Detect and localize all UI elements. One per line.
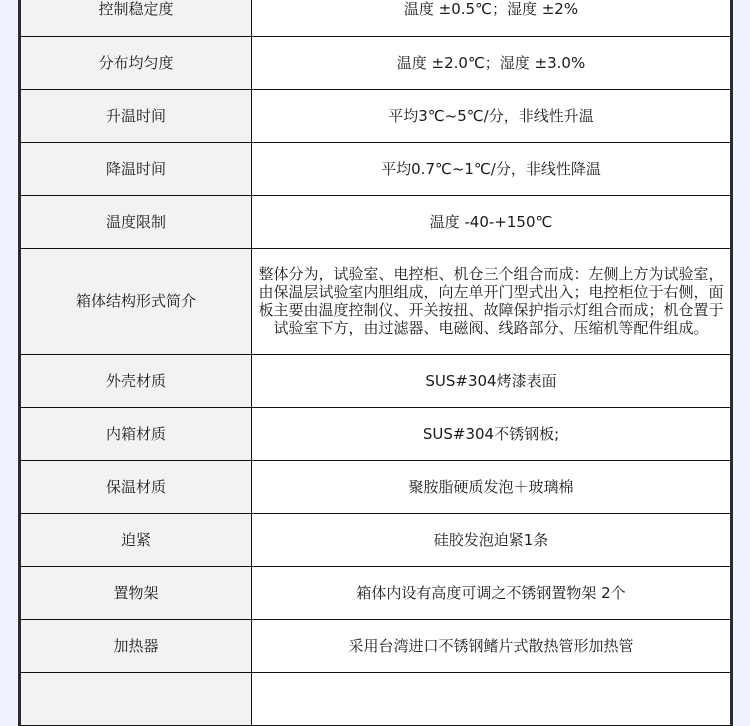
row-label: 置物架 xyxy=(21,566,252,619)
table-row: 迫紧 硅胶发泡迫紧1条 xyxy=(21,513,730,566)
table-row: 升温时间 平均3℃~5℃/分，非线性升温 xyxy=(21,89,730,142)
row-value: 采用台湾进口不锈钢鳍片式散热管形加热管 xyxy=(252,619,731,672)
table-row: 保温材质 聚胺脂硬质发泡＋玻璃棉 xyxy=(21,460,730,513)
row-value: SUS#304烤漆表面 xyxy=(252,354,731,407)
row-value: 温度 ±2.0℃；湿度 ±3.0% xyxy=(252,36,731,89)
row-value: 温度 ±0.5℃；湿度 ±2% xyxy=(252,0,731,36)
row-label: 温度限制 xyxy=(21,195,252,248)
row-value: 平均3℃~5℃/分，非线性升温 xyxy=(252,89,731,142)
table-row: 外壳材质 SUS#304烤漆表面 xyxy=(21,354,730,407)
table-row: 置物架 箱体内设有高度可调之不锈钢置物架 2个 xyxy=(21,566,730,619)
table-row: 降温时间 平均0.7℃~1℃/分，非线性降温 xyxy=(21,142,730,195)
row-label: 控制稳定度 xyxy=(21,0,252,36)
row-label: 外壳材质 xyxy=(21,354,252,407)
row-label: 加热器 xyxy=(21,619,252,672)
row-value: 整体分为，试验室、电控柜、机仓三个组合而成：左侧上方为试验室，由保温层试验室内胆… xyxy=(252,248,731,354)
row-label: 箱体结构形式简介 xyxy=(21,248,252,354)
row-label: 内箱材质 xyxy=(21,407,252,460)
row-label: 分布均匀度 xyxy=(21,36,252,89)
row-value: 平均0.7℃~1℃/分，非线性降温 xyxy=(252,142,731,195)
row-label xyxy=(21,672,252,678)
table-row: 内箱材质 SUS#304不锈钢板; xyxy=(21,407,730,460)
row-value: SUS#304不锈钢板; xyxy=(252,407,731,460)
row-value: 箱体内设有高度可调之不锈钢置物架 2个 xyxy=(252,566,731,619)
row-label: 迫紧 xyxy=(21,513,252,566)
spec-table: 控制稳定度 温度 ±0.5℃；湿度 ±2% 分布均匀度 温度 ±2.0℃；湿度 … xyxy=(21,0,730,678)
row-label: 升温时间 xyxy=(21,89,252,142)
table-row xyxy=(21,672,730,678)
row-value: 聚胺脂硬质发泡＋玻璃棉 xyxy=(252,460,731,513)
row-value: 硅胶发泡迫紧1条 xyxy=(252,513,731,566)
table-row: 温度限制 温度 -40-+150℃ xyxy=(21,195,730,248)
row-label: 保温材质 xyxy=(21,460,252,513)
spec-table-frame: 控制稳定度 温度 ±0.5℃；湿度 ±2% 分布均匀度 温度 ±2.0℃；湿度 … xyxy=(18,0,733,678)
table-row: 控制稳定度 温度 ±0.5℃；湿度 ±2% xyxy=(21,0,730,36)
table-row: 分布均匀度 温度 ±2.0℃；湿度 ±3.0% xyxy=(21,36,730,89)
row-value: 温度 -40-+150℃ xyxy=(252,195,731,248)
table-row: 箱体结构形式简介 整体分为，试验室、电控柜、机仓三个组合而成：左侧上方为试验室，… xyxy=(21,248,730,354)
table-row: 加热器 采用台湾进口不锈钢鳍片式散热管形加热管 xyxy=(21,619,730,672)
row-value xyxy=(252,672,731,678)
row-label: 降温时间 xyxy=(21,142,252,195)
